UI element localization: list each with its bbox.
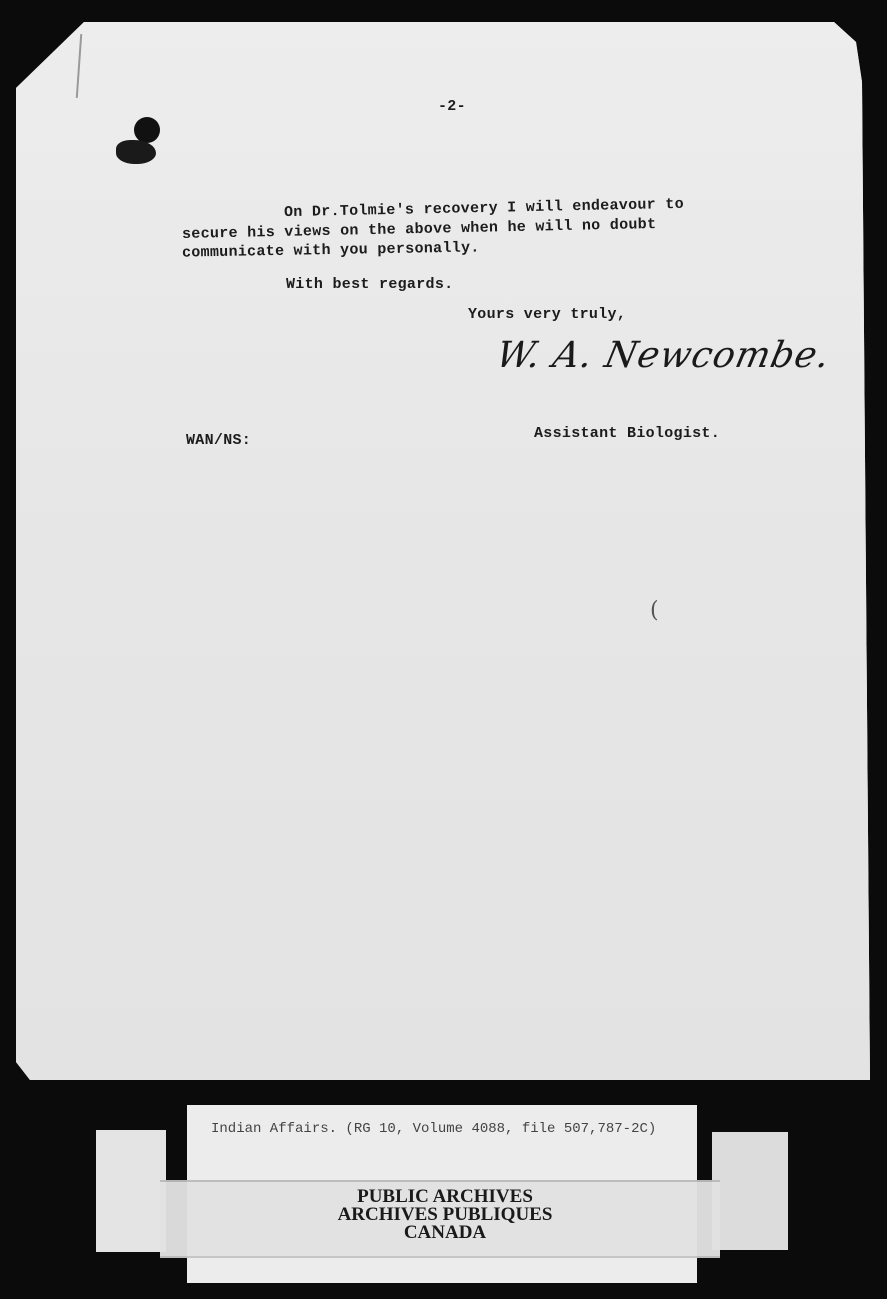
handwritten-signature: W. A. Newcombe. xyxy=(493,335,835,376)
signer-title: Assistant Biologist. xyxy=(534,425,720,442)
stamp-line-3: CANADA xyxy=(300,1224,590,1242)
tape-right-end xyxy=(712,1132,788,1250)
reference-initials: WAN/NS: xyxy=(186,432,251,449)
tape-left-end xyxy=(96,1130,166,1252)
valediction: Yours very truly, xyxy=(468,306,626,323)
archives-stamp: PUBLIC ARCHIVES ARCHIVES PUBLIQUES CANAD… xyxy=(300,1188,590,1242)
punch-hole-tear-icon xyxy=(116,140,156,164)
letter-page xyxy=(16,22,870,1080)
page-number: -2- xyxy=(438,98,466,115)
paper-surface xyxy=(16,22,870,1080)
pencil-mark: ( xyxy=(650,598,659,623)
closing-regards: With best regards. xyxy=(286,276,453,293)
punch-hole-icon xyxy=(134,117,160,143)
archive-citation: Indian Affairs. (RG 10, Volume 4088, fil… xyxy=(211,1121,656,1137)
